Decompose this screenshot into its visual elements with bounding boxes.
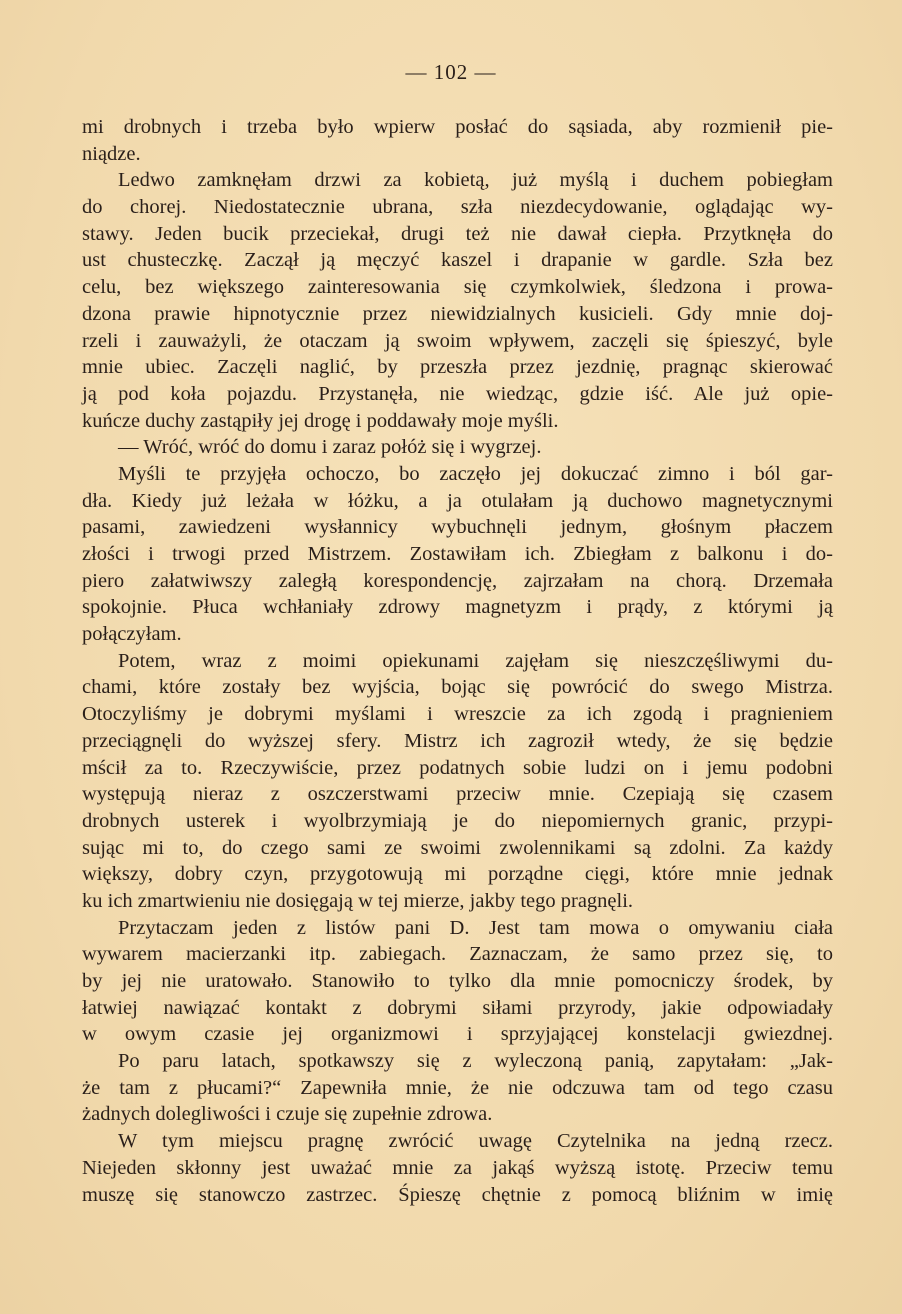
text-line: mścił za to. Rzeczywiście, przez podatny… [82,755,833,782]
text-line: ust chusteczkę. Zaczął ją męczyć kaszel … [82,247,833,274]
text-line: — Wróć, wróć do domu i zaraz połóż się i… [82,434,833,461]
page-number: — 102 — [0,60,902,85]
text-line: złości i trwogi przed Mistrzem. Zostawił… [82,541,833,568]
text-line: drobnych usterek i wyolbrzymiają je do n… [82,808,833,835]
text-line: w owym czasie jej organizmowi i sprzyjaj… [82,1021,833,1048]
text-line: dła. Kiedy już leżała w łóżku, a ja otul… [82,488,833,515]
text-line: dzona prawie hipnotycznie przez niewidzi… [82,301,833,328]
text-line: ją pod koła pojazdu. Przystanęła, nie wi… [82,381,833,408]
text-line: przeciągnęli do wyższej sfery. Mistrz ic… [82,728,833,755]
text-line: żadnych dolegliwości i czuje się zupełni… [82,1101,833,1128]
text-line: Niejeden skłonny jest uważać mnie za jak… [82,1155,833,1182]
text-line: Otoczyliśmy je dobrymi myślami i wreszci… [82,701,833,728]
text-line: Myśli te przyjęła ochoczo, bo zaczęło je… [82,461,833,488]
text-line: chami, które zostały bez wyjścia, bojąc … [82,674,833,701]
text-line: ku ich zmartwieniu nie dosięgają w tej m… [82,888,833,915]
text-line: rzeli i zauważyli, że otaczam ją swoim w… [82,328,833,355]
text-line: pasami, zawiedzeni wysłannicy wybuchnęli… [82,514,833,541]
text-line: Przytaczam jeden z listów pani D. Jest t… [82,915,833,942]
body-text: mi drobnych i trzeba było wpierw posłać … [82,114,833,1208]
text-line: stawy. Jeden bucik przeciekał, drugi też… [82,221,833,248]
text-line: łatwiej nawiązać kontakt z dobrymi siłam… [82,995,833,1022]
text-line: celu, bez większego zainteresowania się … [82,274,833,301]
text-line: Po paru latach, spotkawszy się z wyleczo… [82,1048,833,1075]
text-line: piero załatwiwszy zaległą korespondencję… [82,568,833,595]
text-line: większy, dobry czyn, przygotowują mi por… [82,861,833,888]
text-line: występują nieraz z oszczerstwami przeciw… [82,781,833,808]
text-line: kuńcze duchy zastąpiły jej drogę i podda… [82,408,833,435]
text-line: wywarem macierzanki itp. zabiegach. Zazn… [82,941,833,968]
text-line: sując mi to, do czego sami ze swoimi zwo… [82,835,833,862]
text-line: mi drobnych i trzeba było wpierw posłać … [82,114,833,141]
text-line: Potem, wraz z moimi opiekunami zajęłam s… [82,648,833,675]
text-line: muszę się stanowczo zastrzec. Śpieszę ch… [82,1182,833,1209]
text-line: W tym miejscu pragnę zwrócić uwagę Czyte… [82,1128,833,1155]
text-line: niądze. [82,141,833,168]
text-line: by jej nie uratowało. Stanowiło to tylko… [82,968,833,995]
text-line: Ledwo zamknęłam drzwi za kobietą, już my… [82,167,833,194]
text-line: spokojnie. Płuca wchłaniały zdrowy magne… [82,594,833,621]
text-line: do chorej. Niedostatecznie ubrana, szła … [82,194,833,221]
text-line: że tam z płucami?“ Zapewniła mnie, że ni… [82,1075,833,1102]
text-line: połączyłam. [82,621,833,648]
text-line: mnie ubiec. Zaczęli naglić, by przeszła … [82,354,833,381]
